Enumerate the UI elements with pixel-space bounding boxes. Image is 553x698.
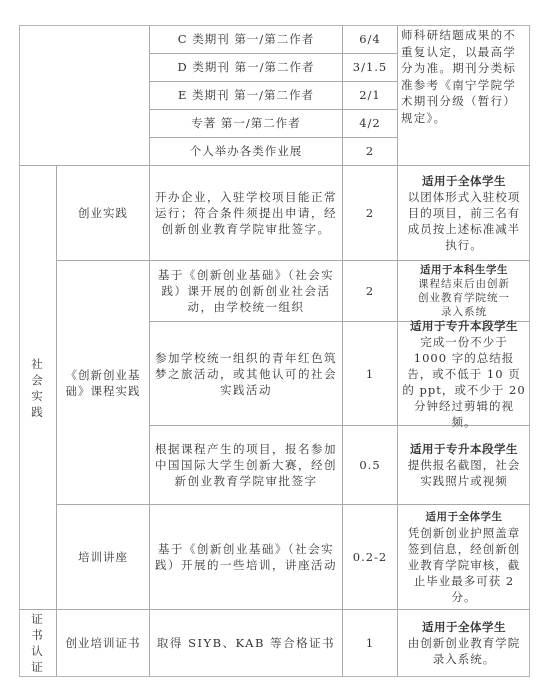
academic-item: 专著 第一/第二作者	[150, 109, 342, 137]
note-title: 适用于专升本段学生	[410, 318, 518, 334]
credits: 0.5	[343, 426, 397, 504]
academic-credits: 2/1	[343, 81, 397, 109]
note-title: 适用于专升本段学生	[410, 441, 518, 457]
academic-item: 个人举办各类作业展	[150, 137, 342, 165]
category-social-practice: 社会实践	[20, 166, 56, 609]
note: 适用于专升本段学生 完成一份不少于 1000 字的总结报告，或不低于 10 页的…	[398, 322, 530, 425]
academic-credits: 4/2	[343, 109, 397, 137]
description: 参加学校统一组织的青年红色筑梦之旅活动，或其他认可的社会实践活动	[150, 322, 342, 425]
academic-credits: 3/1.5	[343, 53, 397, 81]
note: 适用于本科生学生 课程结束后由创新创业教育学院统一录入系统	[398, 261, 530, 321]
note-body: 课程结束后由创新创业教育学院统一录入系统	[414, 277, 514, 319]
note: 适用于专升本段学生 提供报名截图，社会实践照片或视频	[398, 426, 530, 504]
academic-credits: 6/4	[343, 25, 397, 53]
note: 适用于全体学生 以团体形式入驻校项目的项目，前三名有成员按上述标准减半执行。	[398, 166, 530, 260]
description: 基于《创新创业基础》（社会实践）课开展的创新创业社会活动，由学校统一组织	[150, 261, 342, 321]
note-title: 适用于全体学生	[422, 173, 506, 189]
description: 根据课程产生的项目，报名参加中国国际大学生创新大赛，经创新创业教育学院审批签字	[150, 426, 342, 504]
note-body: 提供报名截图，社会实践照片或视频	[402, 457, 526, 489]
credits: 0.2-2	[343, 505, 397, 609]
description: 取得 SIYB、KAB 等合格证书	[150, 610, 342, 676]
subcategory-label: 《创新创业基础》课程实践	[57, 261, 149, 504]
subcategory-label: 创业培训证书	[57, 610, 149, 676]
academic-credits: 2	[343, 137, 397, 165]
description: 基于《创新创业基础》（社会实践）开展的一些培训，讲座活动	[150, 505, 342, 609]
category-certification: 证书认证	[20, 610, 56, 676]
credits: 1	[343, 322, 397, 425]
note-title: 适用于全体学生	[426, 509, 503, 525]
note-body: 凭创新创业护照盖章签到信息，经创新创业教育学院审核，截止毕业最多可获 2 分。	[402, 525, 526, 605]
note-body: 以团体形式入驻校项目的项目，前三名有成员按上述标准减半执行。	[402, 189, 526, 253]
note-body: 由创新创业教育学院录入系统。	[402, 635, 526, 667]
credits: 2	[343, 261, 397, 321]
academic-item: C 类期刊 第一/第二作者	[150, 25, 342, 53]
note-title: 适用于全体学生	[422, 619, 506, 635]
academic-item: D 类期刊 第一/第二作者	[150, 53, 342, 81]
credits: 1	[343, 610, 397, 676]
note: 适用于全体学生 凭创新创业护照盖章签到信息，经创新创业教育学院审核，截止毕业最多…	[398, 505, 530, 609]
note: 适用于全体学生 由创新创业教育学院录入系统。	[398, 610, 530, 676]
subcategory-label: 培训讲座	[57, 505, 149, 609]
description: 开办企业，入驻学校项目能正常运行；符合条件须提出申请，经创新创业教育学院审批签字…	[150, 166, 342, 260]
subcategory-label: 创业实践	[57, 166, 149, 260]
credits: 2	[343, 166, 397, 260]
academic-item: E 类期刊 第一/第二作者	[150, 81, 342, 109]
note-title: 适用于本科生学生	[420, 263, 508, 277]
academic-note: 师科研结题成果的不重复认定，以最高学分为准。期刊分类标准参考《南宁学院学术期刊分…	[398, 27, 529, 126]
note-body: 完成一份不少于 1000 字的总结报告，或不低于 10 页的 ppt，或不少于 …	[402, 334, 526, 430]
